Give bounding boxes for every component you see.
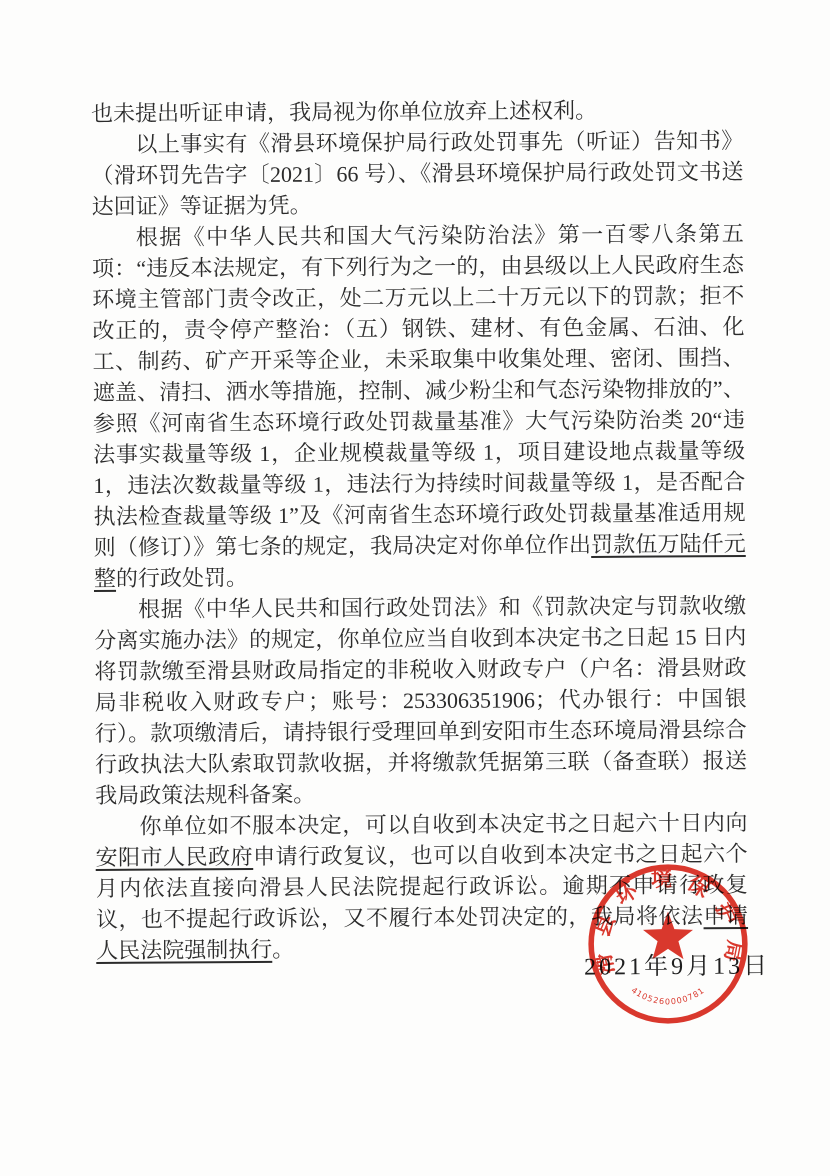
paragraph: 以上事实有《滑县环境保护局行政处罚事先（听证）告知书》（滑环罚先告字〔2021〕… <box>91 125 744 222</box>
text-run: 也未提出听证申请，我局视为你单位放弃上述权利。 <box>91 98 597 126</box>
seal-serial-number: 4105260000781 <box>630 985 707 1006</box>
paragraph: 也未提出听证申请，我局视为你单位放弃上述权利。 <box>91 94 743 129</box>
paragraph: 根据《中华人民共和国大气污染防治法》第一百零八条第五项：“违反本法规定，有下列行… <box>92 218 746 594</box>
document-body: 也未提出听证申请，我局视为你单位放弃上述权利。以上事实有《滑县环境保护局行政处罚… <box>91 94 748 966</box>
underlined-text: 安阳市人民政府 <box>96 844 254 870</box>
document-page: 也未提出听证申请，我局视为你单位放弃上述权利。以上事实有《滑县环境保护局行政处罚… <box>0 0 830 1176</box>
text-run: 。 <box>272 937 294 962</box>
text-run: 以上事实有《滑县环境保护局行政处罚事先（听证）告知书》（滑环罚先告字〔2021〕… <box>91 128 743 219</box>
paragraph: 根据《中华人民共和国行政处罚法》和《罚款决定与罚款收缴分离实施办法》的规定，你单… <box>94 590 747 811</box>
text-run: 根据《中华人民共和国行政处罚法》和《罚款决定与罚款收缴分离实施办法》的规定，你单… <box>94 593 747 808</box>
text-run: 根据《中华人民共和国大气污染防治法》第一百零八条第五项：“违反本法规定，有下列行… <box>92 221 746 560</box>
document-date: 2021年9月13日 <box>584 945 770 981</box>
text-run: 你单位如不服本决定，可以自收到本决定书之日起六十日内向 <box>139 810 747 839</box>
text-run: 的行政处罚。 <box>116 565 248 591</box>
paragraph: 你单位如不服本决定，可以自收到本决定书之日起六十日内向安阳市人民政府申请行政复议… <box>95 807 748 966</box>
